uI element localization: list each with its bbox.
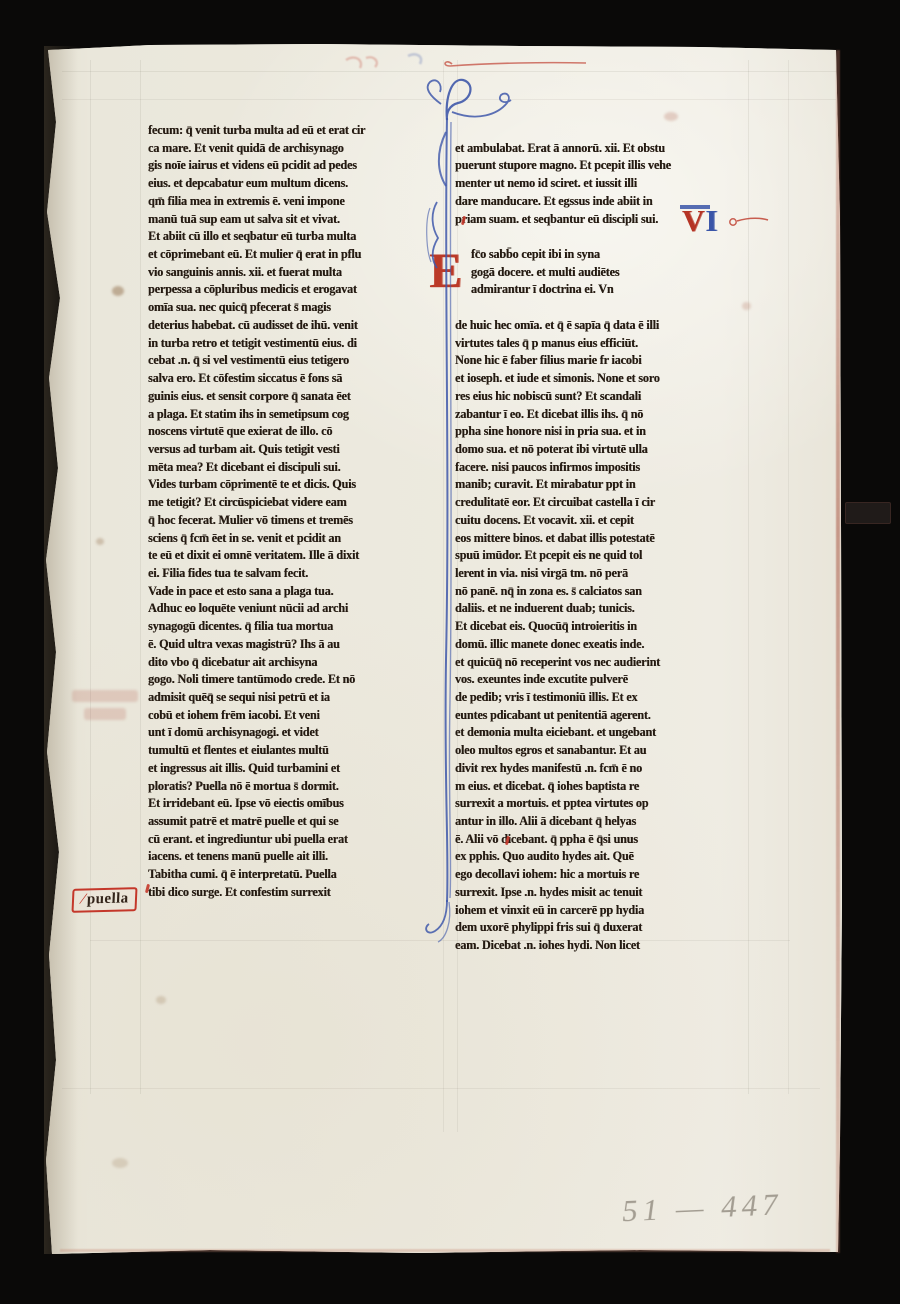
ruling-line [788, 60, 789, 1094]
photo-mat: fecum: q̄ venit turba multa ad eū et era… [0, 0, 900, 1304]
margin-tag-puella: ∕puella [71, 887, 138, 913]
chapter-numeral: VI [682, 203, 717, 239]
puella-tag-label: puella [87, 890, 129, 907]
stain-spot [112, 1158, 128, 1168]
ruling-line [62, 99, 836, 100]
leaf-deckle-edge-shading [44, 46, 78, 1254]
faded-marginalia-line [72, 690, 138, 702]
ruling-line [62, 1088, 820, 1089]
leaf-bottom-edge [60, 1249, 830, 1252]
puella-tag-slash: ∕ [82, 892, 86, 908]
faded-marginalia-line [84, 708, 126, 720]
ruling-line [90, 60, 91, 1094]
illuminated-initial-E: E [429, 247, 471, 293]
text-paragraph: de huic hec omīa. et q̄ ē sapīa q̄ data … [455, 317, 750, 955]
leaf-right-edge [836, 50, 840, 1253]
text-paragraph: fc̄o sabb̄o cepit ibi in syna gogā docer… [471, 246, 750, 299]
stain-spot [112, 286, 124, 296]
stain-spot [96, 538, 104, 545]
manuscript-leaf [0, 0, 900, 1304]
ruling-line [443, 60, 444, 1132]
chapter-opening-row: E fc̄o sabb̄o cepit ibi in syna gogā doc… [455, 246, 750, 299]
text-column-right: et ambulabat. Erat ā annorū. xii. Et obs… [455, 122, 750, 973]
ruling-line [62, 71, 836, 72]
text-column-left: fecum: q̄ venit turba multa ad eū et era… [148, 122, 439, 902]
faded-edge-tag [845, 502, 891, 524]
stain-spot [664, 112, 678, 121]
stain-spot [156, 996, 166, 1004]
ruling-line [140, 60, 141, 1094]
numeral-blue-bar [680, 205, 710, 209]
